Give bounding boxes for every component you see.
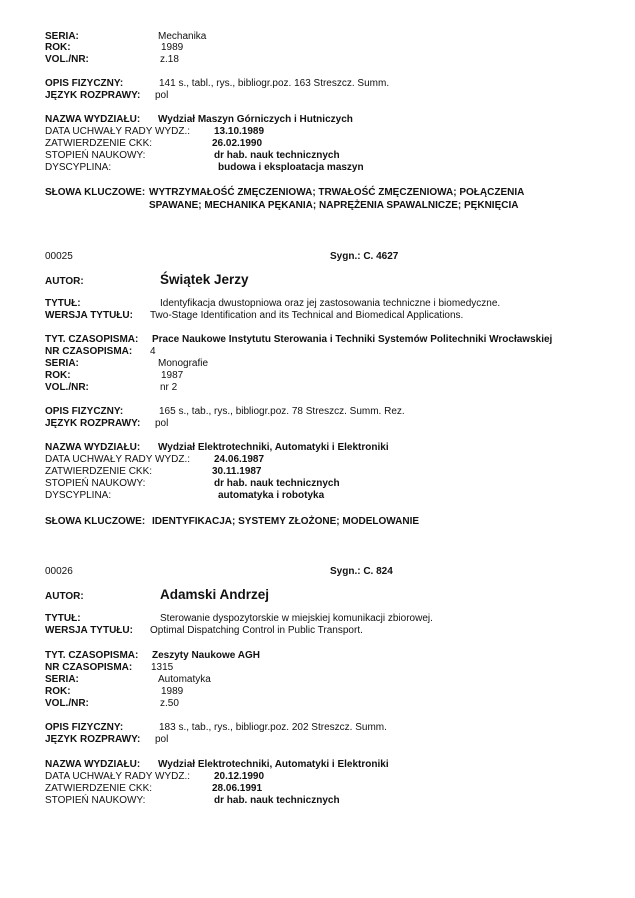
autor-label: AUTOR: xyxy=(45,591,84,602)
vol-value: z.50 xyxy=(160,698,179,709)
stopien-value: dr hab. nauk technicznych xyxy=(214,150,340,161)
seria-value: Mechanika xyxy=(158,31,206,42)
seria-value: Monografie xyxy=(158,358,208,369)
vol-label: VOL./NR: xyxy=(45,54,89,65)
jezyk-label: JĘZYK ROZPRAWY: xyxy=(45,90,140,101)
record-number: 00026 xyxy=(45,566,73,577)
autor-label: AUTOR: xyxy=(45,276,84,287)
rok-label: ROK: xyxy=(45,42,71,53)
slowa-kluczowe-line1: IDENTYFIKACJA; SYSTEMY ZŁOŻONE; MODELOWA… xyxy=(152,516,419,527)
wydzial-label: NAZWA WYDZIAŁU: xyxy=(45,442,140,453)
slowa-kluczowe-label: SŁOWA KLUCZOWE: xyxy=(45,187,145,198)
ckk-label: ZATWIERDZENIE CKK: xyxy=(45,783,152,794)
ckk-label: ZATWIERDZENIE CKK: xyxy=(45,466,152,477)
seria-value: Automatyka xyxy=(158,674,211,685)
czasopismo-label: TYT. CZASOPISMA: xyxy=(45,334,138,345)
wydzial-label: NAZWA WYDZIAŁU: xyxy=(45,114,140,125)
data-uchwaly-value: 13.10.1989 xyxy=(214,126,264,137)
ckk-value: 26.02.1990 xyxy=(212,138,262,149)
data-uchwaly-label: DATA UCHWAŁY RADY WYDZ.: xyxy=(45,454,190,465)
rok-value: 1989 xyxy=(161,42,183,53)
slowa-kluczowe-line2: SPAWANE; MECHANIKA PĘKANIA; NAPRĘŻENIA S… xyxy=(149,200,518,211)
vol-value: nr 2 xyxy=(160,382,177,393)
ckk-value: 28.06.1991 xyxy=(212,783,262,794)
opis-value: 165 s., tab., rys., bibliogr.poz. 78 Str… xyxy=(159,406,405,417)
slowa-kluczowe-label: SŁOWA KLUCZOWE: xyxy=(45,516,145,527)
opis-label: OPIS FIZYCZNY: xyxy=(45,406,123,417)
wersja-label: WERSJA TYTUŁU: xyxy=(45,310,133,321)
jezyk-label: JĘZYK ROZPRAWY: xyxy=(45,418,140,429)
ckk-label: ZATWIERDZENIE CKK: xyxy=(45,138,152,149)
data-uchwaly-label: DATA UCHWAŁY RADY WYDZ.: xyxy=(45,771,190,782)
nr-czasopisma-label: NR CZASOPISMA: xyxy=(45,346,132,357)
dyscyplina-value: automatyka i robotyka xyxy=(218,490,324,501)
stopien-value: dr hab. nauk technicznych xyxy=(214,478,340,489)
rok-value: 1987 xyxy=(161,370,183,381)
opis-value: 141 s., tabl., rys., bibliogr.poz. 163 S… xyxy=(159,78,389,89)
wydzial-label: NAZWA WYDZIAŁU: xyxy=(45,759,140,770)
record-number: 00025 xyxy=(45,251,73,262)
rok-value: 1989 xyxy=(161,686,183,697)
wydzial-value: Wydział Elektrotechniki, Automatyki i El… xyxy=(158,442,389,453)
tytul-label: TYTUŁ: xyxy=(45,298,81,309)
wersja-value: Two-Stage Identification and its Technic… xyxy=(150,310,463,321)
opis-label: OPIS FIZYCZNY: xyxy=(45,78,123,89)
jezyk-value: pol xyxy=(155,418,168,429)
seria-label: SERIA: xyxy=(45,31,79,42)
sygnatura: Sygn.: C. 4627 xyxy=(330,251,398,262)
vol-label: VOL./NR: xyxy=(45,698,89,709)
autor-value: Adamski Andrzej xyxy=(160,587,269,602)
czasopismo-label: TYT. CZASOPISMA: xyxy=(45,650,138,661)
tytul-value: Identyfikacja dwustopniowa oraz jej zast… xyxy=(160,298,500,309)
wydzial-value: Wydział Elektrotechniki, Automatyki i El… xyxy=(158,759,389,770)
seria-label: SERIA: xyxy=(45,358,79,369)
opis-label: OPIS FIZYCZNY: xyxy=(45,722,123,733)
data-uchwaly-value: 24.06.1987 xyxy=(214,454,264,465)
tytul-label: TYTUŁ: xyxy=(45,613,81,624)
wersja-value: Optimal Dispatching Control in Public Tr… xyxy=(150,625,363,636)
nr-czasopisma-value: 1315 xyxy=(151,662,173,673)
czasopismo-value: Prace Naukowe Instytutu Sterowania i Tec… xyxy=(152,334,552,345)
stopien-label: STOPIEŃ NAUKOWY: xyxy=(45,150,145,161)
wersja-label: WERSJA TYTUŁU: xyxy=(45,625,133,636)
seria-label: SERIA: xyxy=(45,674,79,685)
autor-value: Świątek Jerzy xyxy=(160,272,249,287)
jezyk-value: pol xyxy=(155,734,168,745)
jezyk-label: JĘZYK ROZPRAWY: xyxy=(45,734,140,745)
nr-czasopisma-label: NR CZASOPISMA: xyxy=(45,662,132,673)
stopien-label: STOPIEŃ NAUKOWY: xyxy=(45,795,145,806)
data-uchwaly-label: DATA UCHWAŁY RADY WYDZ.: xyxy=(45,126,190,137)
nr-czasopisma-value: 4 xyxy=(150,346,156,357)
dyscyplina-label: DYSCYPLINA: xyxy=(45,490,111,501)
stopien-label: STOPIEŃ NAUKOWY: xyxy=(45,478,145,489)
vol-value: z.18 xyxy=(160,54,179,65)
wydzial-value: Wydział Maszyn Górniczych i Hutniczych xyxy=(158,114,353,125)
slowa-kluczowe-line1: WYTRZYMAŁOŚĆ ZMĘCZENIOWA; TRWAŁOŚĆ ZMĘCZ… xyxy=(149,187,524,198)
ckk-value: 30.11.1987 xyxy=(212,466,262,477)
dyscyplina-value: budowa i eksploatacja maszyn xyxy=(218,162,364,173)
dyscyplina-label: DYSCYPLINA: xyxy=(45,162,111,173)
sygnatura: Sygn.: C. 824 xyxy=(330,566,393,577)
rok-label: ROK: xyxy=(45,686,71,697)
jezyk-value: pol xyxy=(155,90,168,101)
stopien-value: dr hab. nauk technicznych xyxy=(214,795,340,806)
vol-label: VOL./NR: xyxy=(45,382,89,393)
opis-value: 183 s., tab., rys., bibliogr.poz. 202 St… xyxy=(159,722,387,733)
czasopismo-value: Zeszyty Naukowe AGH xyxy=(152,650,260,661)
rok-label: ROK: xyxy=(45,370,71,381)
tytul-value: Sterowanie dyspozytorskie w miejskiej ko… xyxy=(160,613,433,624)
data-uchwaly-value: 20.12.1990 xyxy=(214,771,264,782)
